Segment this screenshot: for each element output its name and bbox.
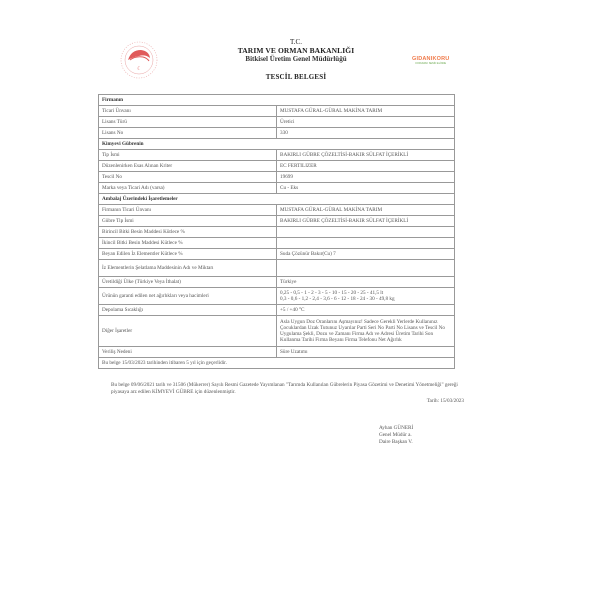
regulation-note: Bu belge 09/06/2021 tarih ve 31506 (Müke… bbox=[111, 382, 461, 396]
section-header-row: Ambalaj Üzerindeki İşaretlemeler bbox=[99, 194, 455, 205]
section-title: Firmanın bbox=[99, 95, 455, 106]
signatory-title-1: Genel Müdür a. bbox=[379, 432, 413, 439]
row-label: Diğer İşaretler bbox=[99, 316, 277, 347]
table-row: Lisans TürüÜretici bbox=[99, 117, 455, 128]
row-label: Depolama Sıcaklığı bbox=[99, 305, 277, 316]
row-label: Üretildiği Ülke (Türkiye Veya İthalat) bbox=[99, 277, 277, 288]
row-label: Tip İsmi bbox=[99, 150, 277, 161]
row-label: Marka veya Ticari Adı (varsa) bbox=[99, 183, 277, 194]
table-row: Üretildiği Ülke (Türkiye Veya İthalat)Tü… bbox=[99, 277, 455, 288]
row-value: Üretici bbox=[277, 117, 455, 128]
row-value: 330 bbox=[277, 128, 455, 139]
brand-watermark: GIDANIKORU KORUMAK SENİN ELİNDE bbox=[412, 56, 449, 65]
table-row: Firmanın Ticari ÜnvanıMUSTAFA GÜRAL-GÜRA… bbox=[99, 205, 455, 216]
row-value: MUSTAFA GÜRAL-GÜRAL MAKİNA TARIM bbox=[277, 205, 455, 216]
table-row: Ticari ÜnvanıMUSTAFA GÜRAL-GÜRAL MAKİNA … bbox=[99, 106, 455, 117]
table-row: Marka veya Ticari Adı (varsa)Cu - Eks bbox=[99, 183, 455, 194]
table-row: Beyan Edilen İz Elementler Kütlece %Suda… bbox=[99, 249, 455, 260]
row-label: Veriliş Nedeni bbox=[99, 347, 277, 358]
table-row: Lisans No330 bbox=[99, 128, 455, 139]
header-directorate: Bitkisel Üretim Genel Müdürlüğü bbox=[0, 55, 592, 64]
table-row: İz Elementlerin Şelatlama Maddesinin Adı… bbox=[99, 260, 455, 277]
brand-tagline: KORUMAK SENİN ELİNDE bbox=[412, 62, 449, 65]
row-label: Lisans Türü bbox=[99, 117, 277, 128]
row-value: BAKIRLI GÜBRE ÇÖZELTİSİ-BAKIR SÜLFAT İÇE… bbox=[277, 150, 455, 161]
row-value bbox=[277, 227, 455, 238]
signatory-title-2: Daire Başkan V. bbox=[379, 439, 413, 446]
table-row: Diğer İşaretlerAsla Uygun Doz Oranlarını… bbox=[99, 316, 455, 347]
row-value: Asla Uygun Doz Oranlarını Aşmayınız! Sad… bbox=[277, 316, 455, 347]
row-label: Ticari Ünvanı bbox=[99, 106, 277, 117]
validity-row: Bu belge 15/03/2023 tarihinden itibaren … bbox=[99, 358, 455, 369]
section-title: Ambalaj Üzerindeki İşaretlemeler bbox=[99, 194, 455, 205]
document-title: TESCİL BELGESİ bbox=[0, 73, 592, 82]
section-title: Kimyevi Gübrenin bbox=[99, 139, 455, 150]
row-label: Firmanın Ticari Ünvanı bbox=[99, 205, 277, 216]
row-label: Düzenlenirken Esas Alınan Kriter bbox=[99, 161, 277, 172]
row-value: EC FERTILIZER bbox=[277, 161, 455, 172]
table-row: Gübre Tip İsmiBAKIRLI GÜBRE ÇÖZELTİSİ-BA… bbox=[99, 216, 455, 227]
row-value: Türkiye bbox=[277, 277, 455, 288]
signatory-name: Ayhan GÜNERİ bbox=[379, 425, 413, 432]
row-value: 0,25 - 0,5 - 1 - 2 - 3 - 5 - 10 - 15 - 2… bbox=[277, 288, 455, 305]
row-label: Birincil Bitki Besin Maddesi Kütlece % bbox=[99, 227, 277, 238]
row-value: Cu - Eks bbox=[277, 183, 455, 194]
signature-block: Ayhan GÜNERİ Genel Müdür a. Daire Başkan… bbox=[379, 425, 413, 446]
table-row: Veriliş NedeniSüre Uzatımı bbox=[99, 347, 455, 358]
validity-text: Bu belge 15/03/2023 tarihinden itibaren … bbox=[99, 358, 455, 369]
table-row: Birincil Bitki Besin Maddesi Kütlece % bbox=[99, 227, 455, 238]
issue-date: Tarih: 15/03/2023 bbox=[427, 398, 464, 404]
row-label: İz Elementlerin Şelatlama Maddesinin Adı… bbox=[99, 260, 277, 277]
row-value: Suda Çözünür Bakır(Cu) 7 bbox=[277, 249, 455, 260]
table-row: İkincil Bitki Besin Maddesi Kütlece % bbox=[99, 238, 455, 249]
row-value: MUSTAFA GÜRAL-GÜRAL MAKİNA TARIM bbox=[277, 106, 455, 117]
registration-table: FirmanınTicari ÜnvanıMUSTAFA GÜRAL-GÜRAL… bbox=[98, 94, 455, 369]
row-value: +5 / +40 °C bbox=[277, 305, 455, 316]
row-label: Ürünün garanti edilen net ağırlıkları ve… bbox=[99, 288, 277, 305]
row-label: Tescil No bbox=[99, 172, 277, 183]
table-row: Düzenlenirken Esas Alınan KriterEC FERTI… bbox=[99, 161, 455, 172]
row-label: İkincil Bitki Besin Maddesi Kütlece % bbox=[99, 238, 277, 249]
row-label: Lisans No bbox=[99, 128, 277, 139]
row-value bbox=[277, 238, 455, 249]
row-label: Beyan Edilen İz Elementler Kütlece % bbox=[99, 249, 277, 260]
header-tc: T.C. bbox=[0, 38, 592, 46]
section-header-row: Kimyevi Gübrenin bbox=[99, 139, 455, 150]
section-header-row: Firmanın bbox=[99, 95, 455, 106]
row-label: Gübre Tip İsmi bbox=[99, 216, 277, 227]
table-row: Ürünün garanti edilen net ağırlıkları ve… bbox=[99, 288, 455, 305]
table-row: Depolama Sıcaklığı+5 / +40 °C bbox=[99, 305, 455, 316]
row-value: BAKIRLI GÜBRE ÇÖZELTİSİ-BAKIR SÜLFAT İÇE… bbox=[277, 216, 455, 227]
row-value: 19699 bbox=[277, 172, 455, 183]
row-value: Süre Uzatımı bbox=[277, 347, 455, 358]
table-row: Tescil No19699 bbox=[99, 172, 455, 183]
row-value bbox=[277, 260, 455, 277]
document-header: T.C. TARIM VE ORMAN BAKANLIĞI Bitkisel Ü… bbox=[0, 38, 592, 82]
table-row: Tip İsmiBAKIRLI GÜBRE ÇÖZELTİSİ-BAKIR SÜ… bbox=[99, 150, 455, 161]
header-ministry: TARIM VE ORMAN BAKANLIĞI bbox=[0, 46, 592, 55]
